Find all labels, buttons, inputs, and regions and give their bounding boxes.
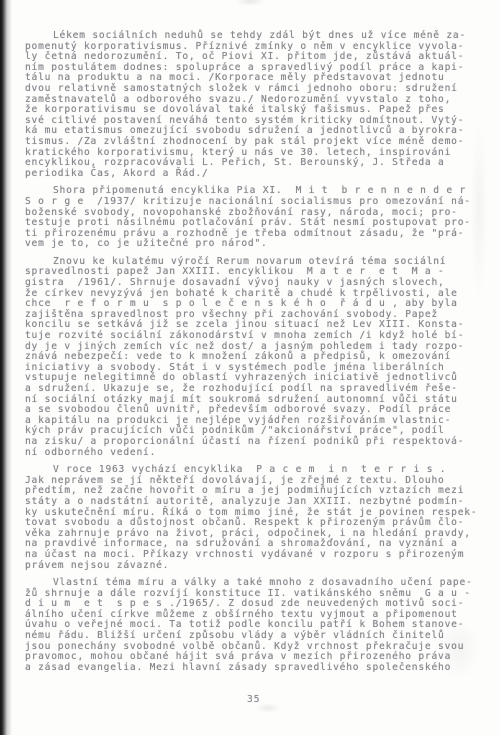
page-spine-shadow: [0, 0, 12, 735]
page-number: 35: [247, 694, 261, 705]
paragraph: Lékem sociálních neduhů se tehdy zdál bý…: [25, 31, 487, 179]
scan-smudge: [235, 0, 265, 6]
paragraph: V roce 1963 vychází encyklika P a c e m …: [25, 465, 487, 571]
paragraph: Znovu ke kulatému výročí Rerum novarum o…: [25, 257, 487, 458]
paragraph: Shora připomenutá encyklika Pia XI. M i …: [25, 186, 487, 250]
paragraph: Vlastní téma míru a války a také mnoho z…: [25, 578, 487, 673]
scanned-page: Lékem sociálních neduhů se tehdy zdál bý…: [0, 0, 500, 735]
page-text: Lékem sociálních neduhů se tehdy zdál bý…: [25, 31, 487, 680]
